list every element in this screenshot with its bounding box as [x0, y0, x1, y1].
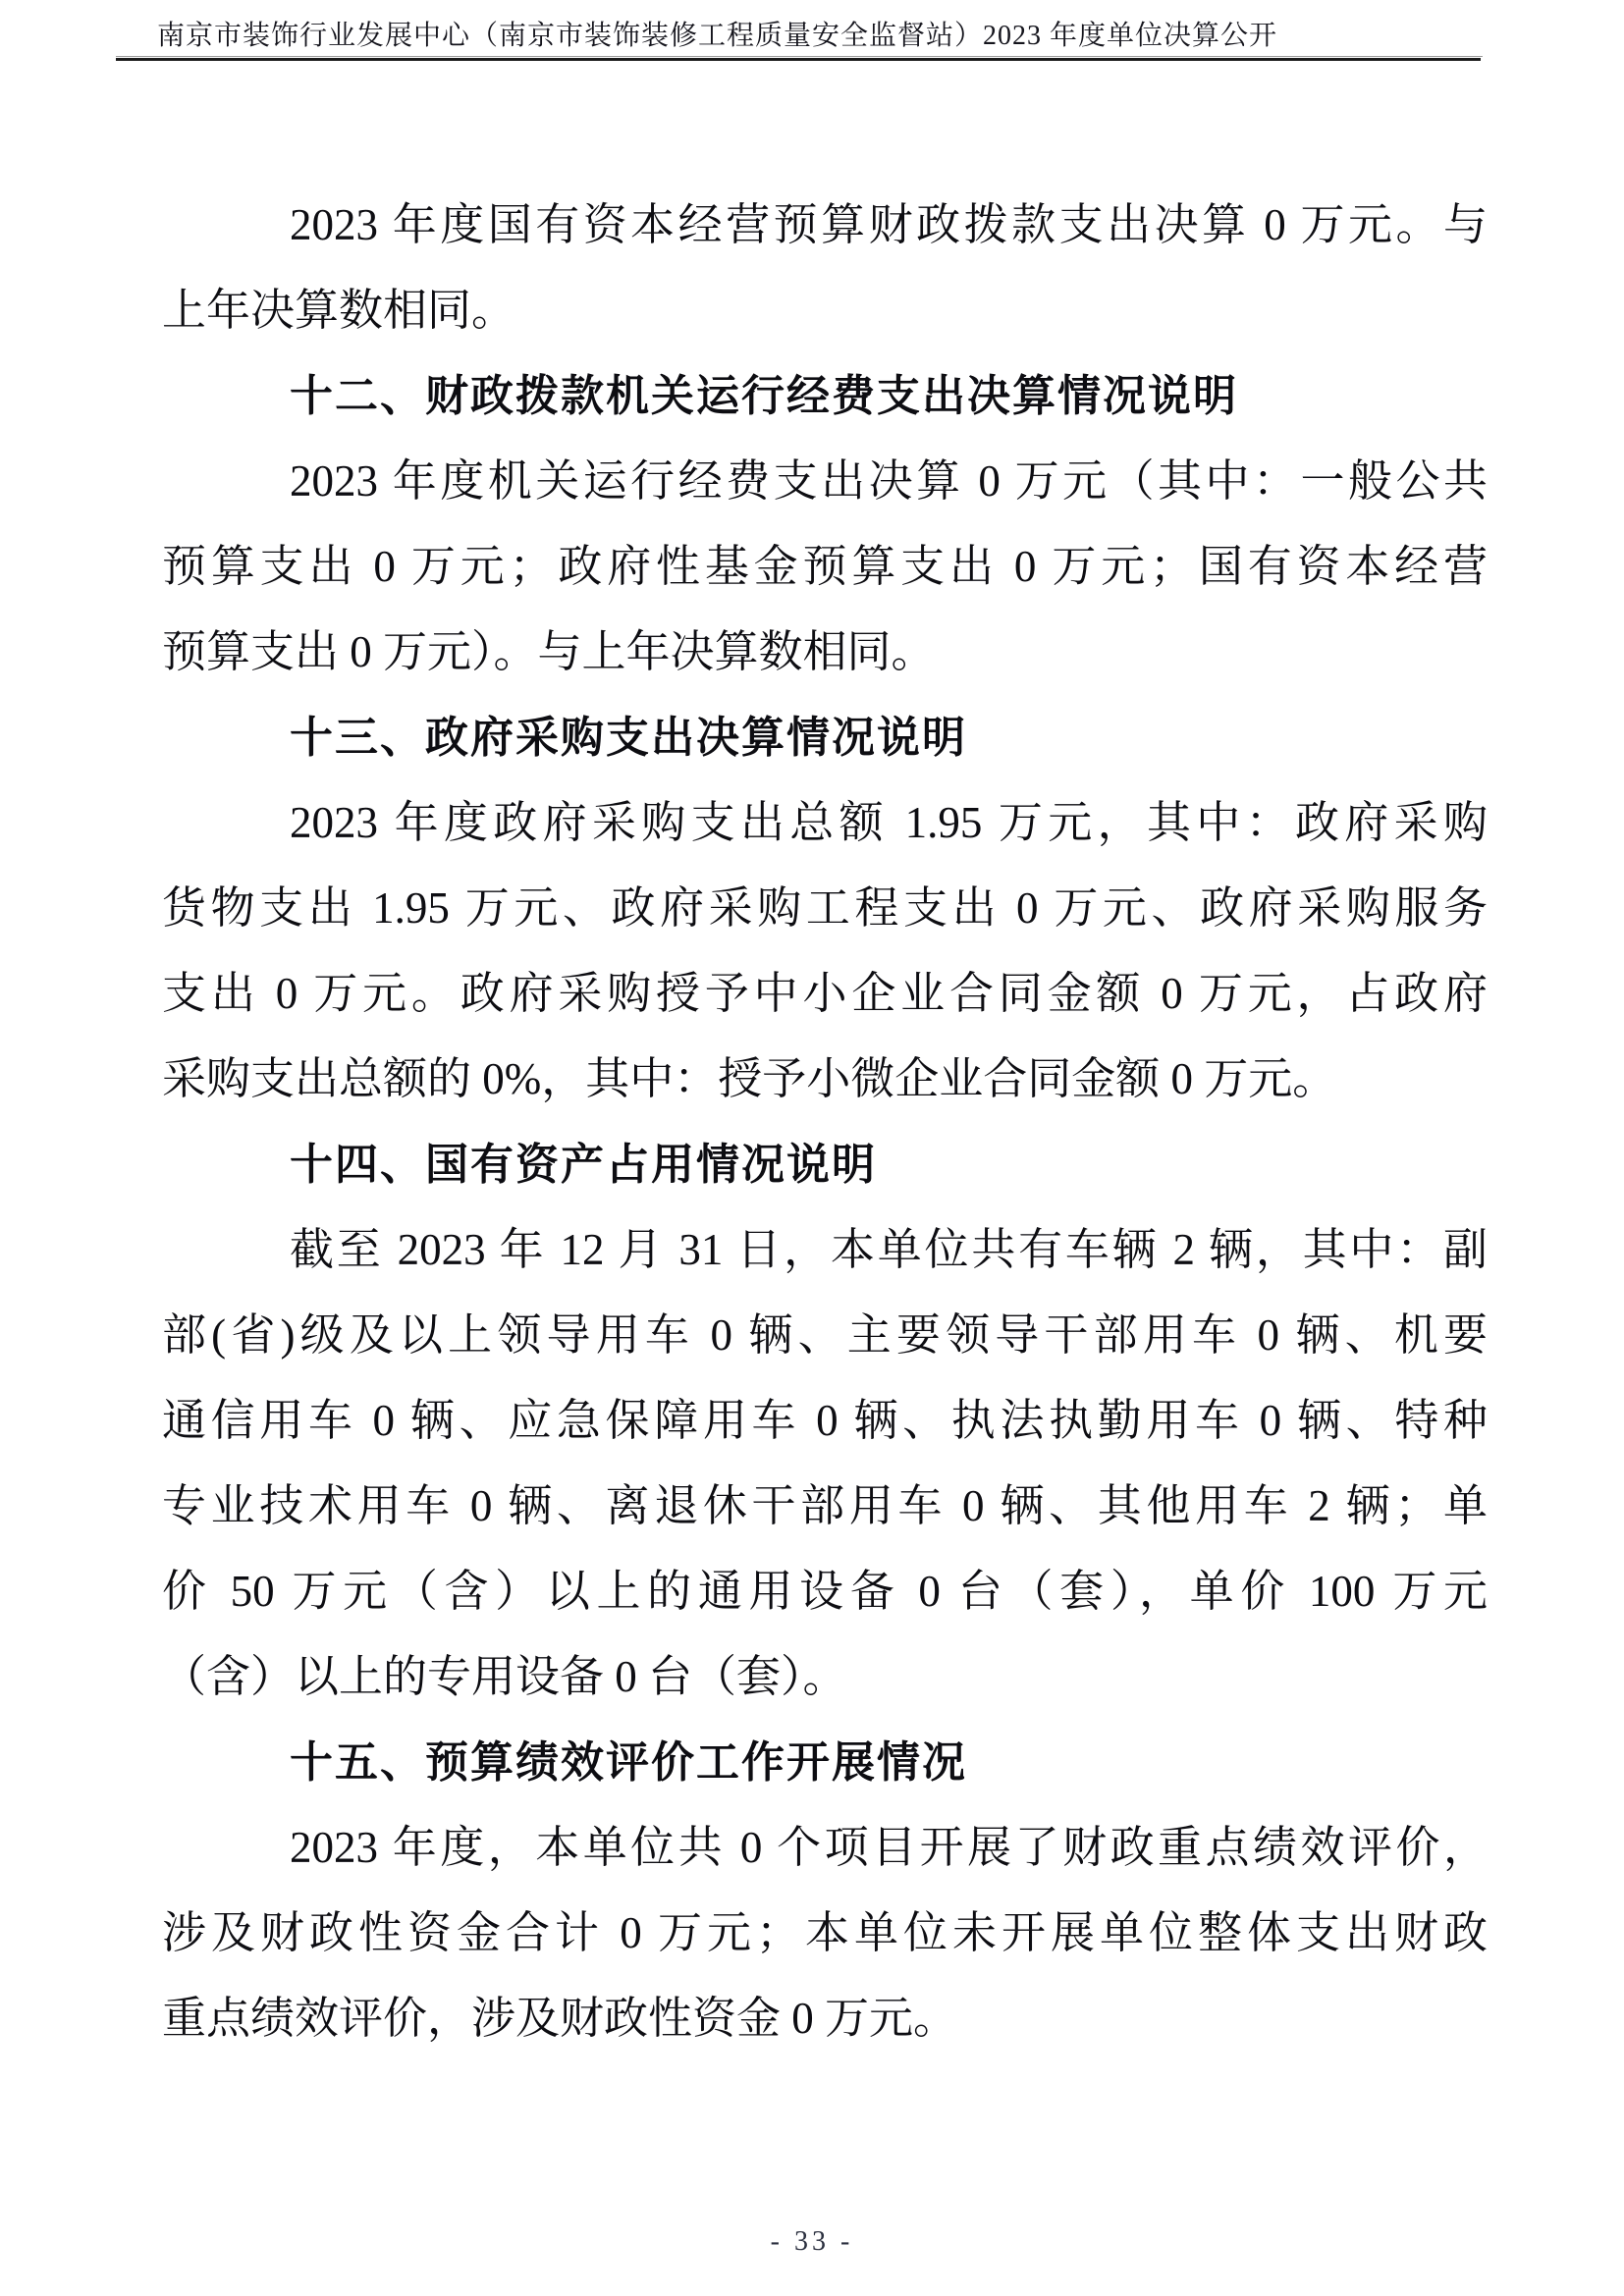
header-rule-shadow — [116, 56, 1483, 57]
paragraph-line: 2023 年度政府采购支出总额 1.95 万元，其中：政府采购 — [162, 780, 1488, 866]
paragraph-line: 2023 年度，本单位共 0 个项目开展了财政重点绩效评价， — [162, 1805, 1488, 1891]
paragraph-line: 重点绩效评价，涉及财政性资金 0 万元。 — [162, 1976, 1488, 2061]
document-page: 南京市装饰行业发展中心（南京市装饰装修工程质量安全监督站）2023 年度单位决算… — [0, 0, 1624, 2296]
paragraph-line: 采购支出总额的 0%，其中：授予小微企业合同金额 0 万元。 — [162, 1037, 1488, 1122]
document-body: 2023 年度国有资本经营预算财政拨款支出决算 0 万元。与 上年决算数相同。 … — [162, 183, 1488, 2061]
paragraph-line: （含）以上的专用设备 0 台（套）。 — [162, 1634, 1488, 1720]
paragraph-line: 2023 年度国有资本经营预算财政拨款支出决算 0 万元。与 — [162, 183, 1488, 268]
section-heading-15: 十五、预算绩效评价工作开展情况 — [162, 1720, 1488, 1805]
paragraph-line: 2023 年度机关运行经费支出决算 0 万元（其中：一般公共 — [162, 439, 1488, 524]
header-rule — [116, 58, 1481, 61]
paragraph-line: 价 50 万元（含）以上的通用设备 0 台（套），单价 100 万元 — [162, 1549, 1488, 1634]
paragraph-line: 涉及财政性资金合计 0 万元；本单位未开展单位整体支出财政 — [162, 1891, 1488, 1976]
paragraph-line: 货物支出 1.95 万元、政府采购工程支出 0 万元、政府采购服务 — [162, 866, 1488, 951]
paragraph-line: 通信用车 0 辆、应急保障用车 0 辆、执法执勤用车 0 辆、特种 — [162, 1378, 1488, 1464]
paragraph-line: 上年决算数相同。 — [162, 268, 1488, 353]
section-heading-13: 十三、政府采购支出决算情况说明 — [162, 695, 1488, 780]
paragraph-line: 部(省)级及以上领导用车 0 辆、主要领导干部用车 0 辆、机要 — [162, 1293, 1488, 1378]
page-header-title: 南京市装饰行业发展中心（南京市装饰装修工程质量安全监督站）2023 年度单位决算… — [157, 20, 1277, 53]
paragraph-line: 支出 0 万元。政府采购授予中小企业合同金额 0 万元，占政府 — [162, 951, 1488, 1037]
page-number: - 33 - — [0, 2226, 1624, 2258]
paragraph-line: 预算支出 0 万元）。与上年决算数相同。 — [162, 610, 1488, 695]
paragraph-line: 截至 2023 年 12 月 31 日，本单位共有车辆 2 辆，其中：副 — [162, 1207, 1488, 1293]
paragraph-line: 专业技术用车 0 辆、离退休干部用车 0 辆、其他用车 2 辆；单 — [162, 1464, 1488, 1549]
section-heading-12: 十二、财政拨款机关运行经费支出决算情况说明 — [162, 353, 1488, 439]
paragraph-line: 预算支出 0 万元；政府性基金预算支出 0 万元；国有资本经营 — [162, 524, 1488, 610]
section-heading-14: 十四、国有资产占用情况说明 — [162, 1122, 1488, 1207]
